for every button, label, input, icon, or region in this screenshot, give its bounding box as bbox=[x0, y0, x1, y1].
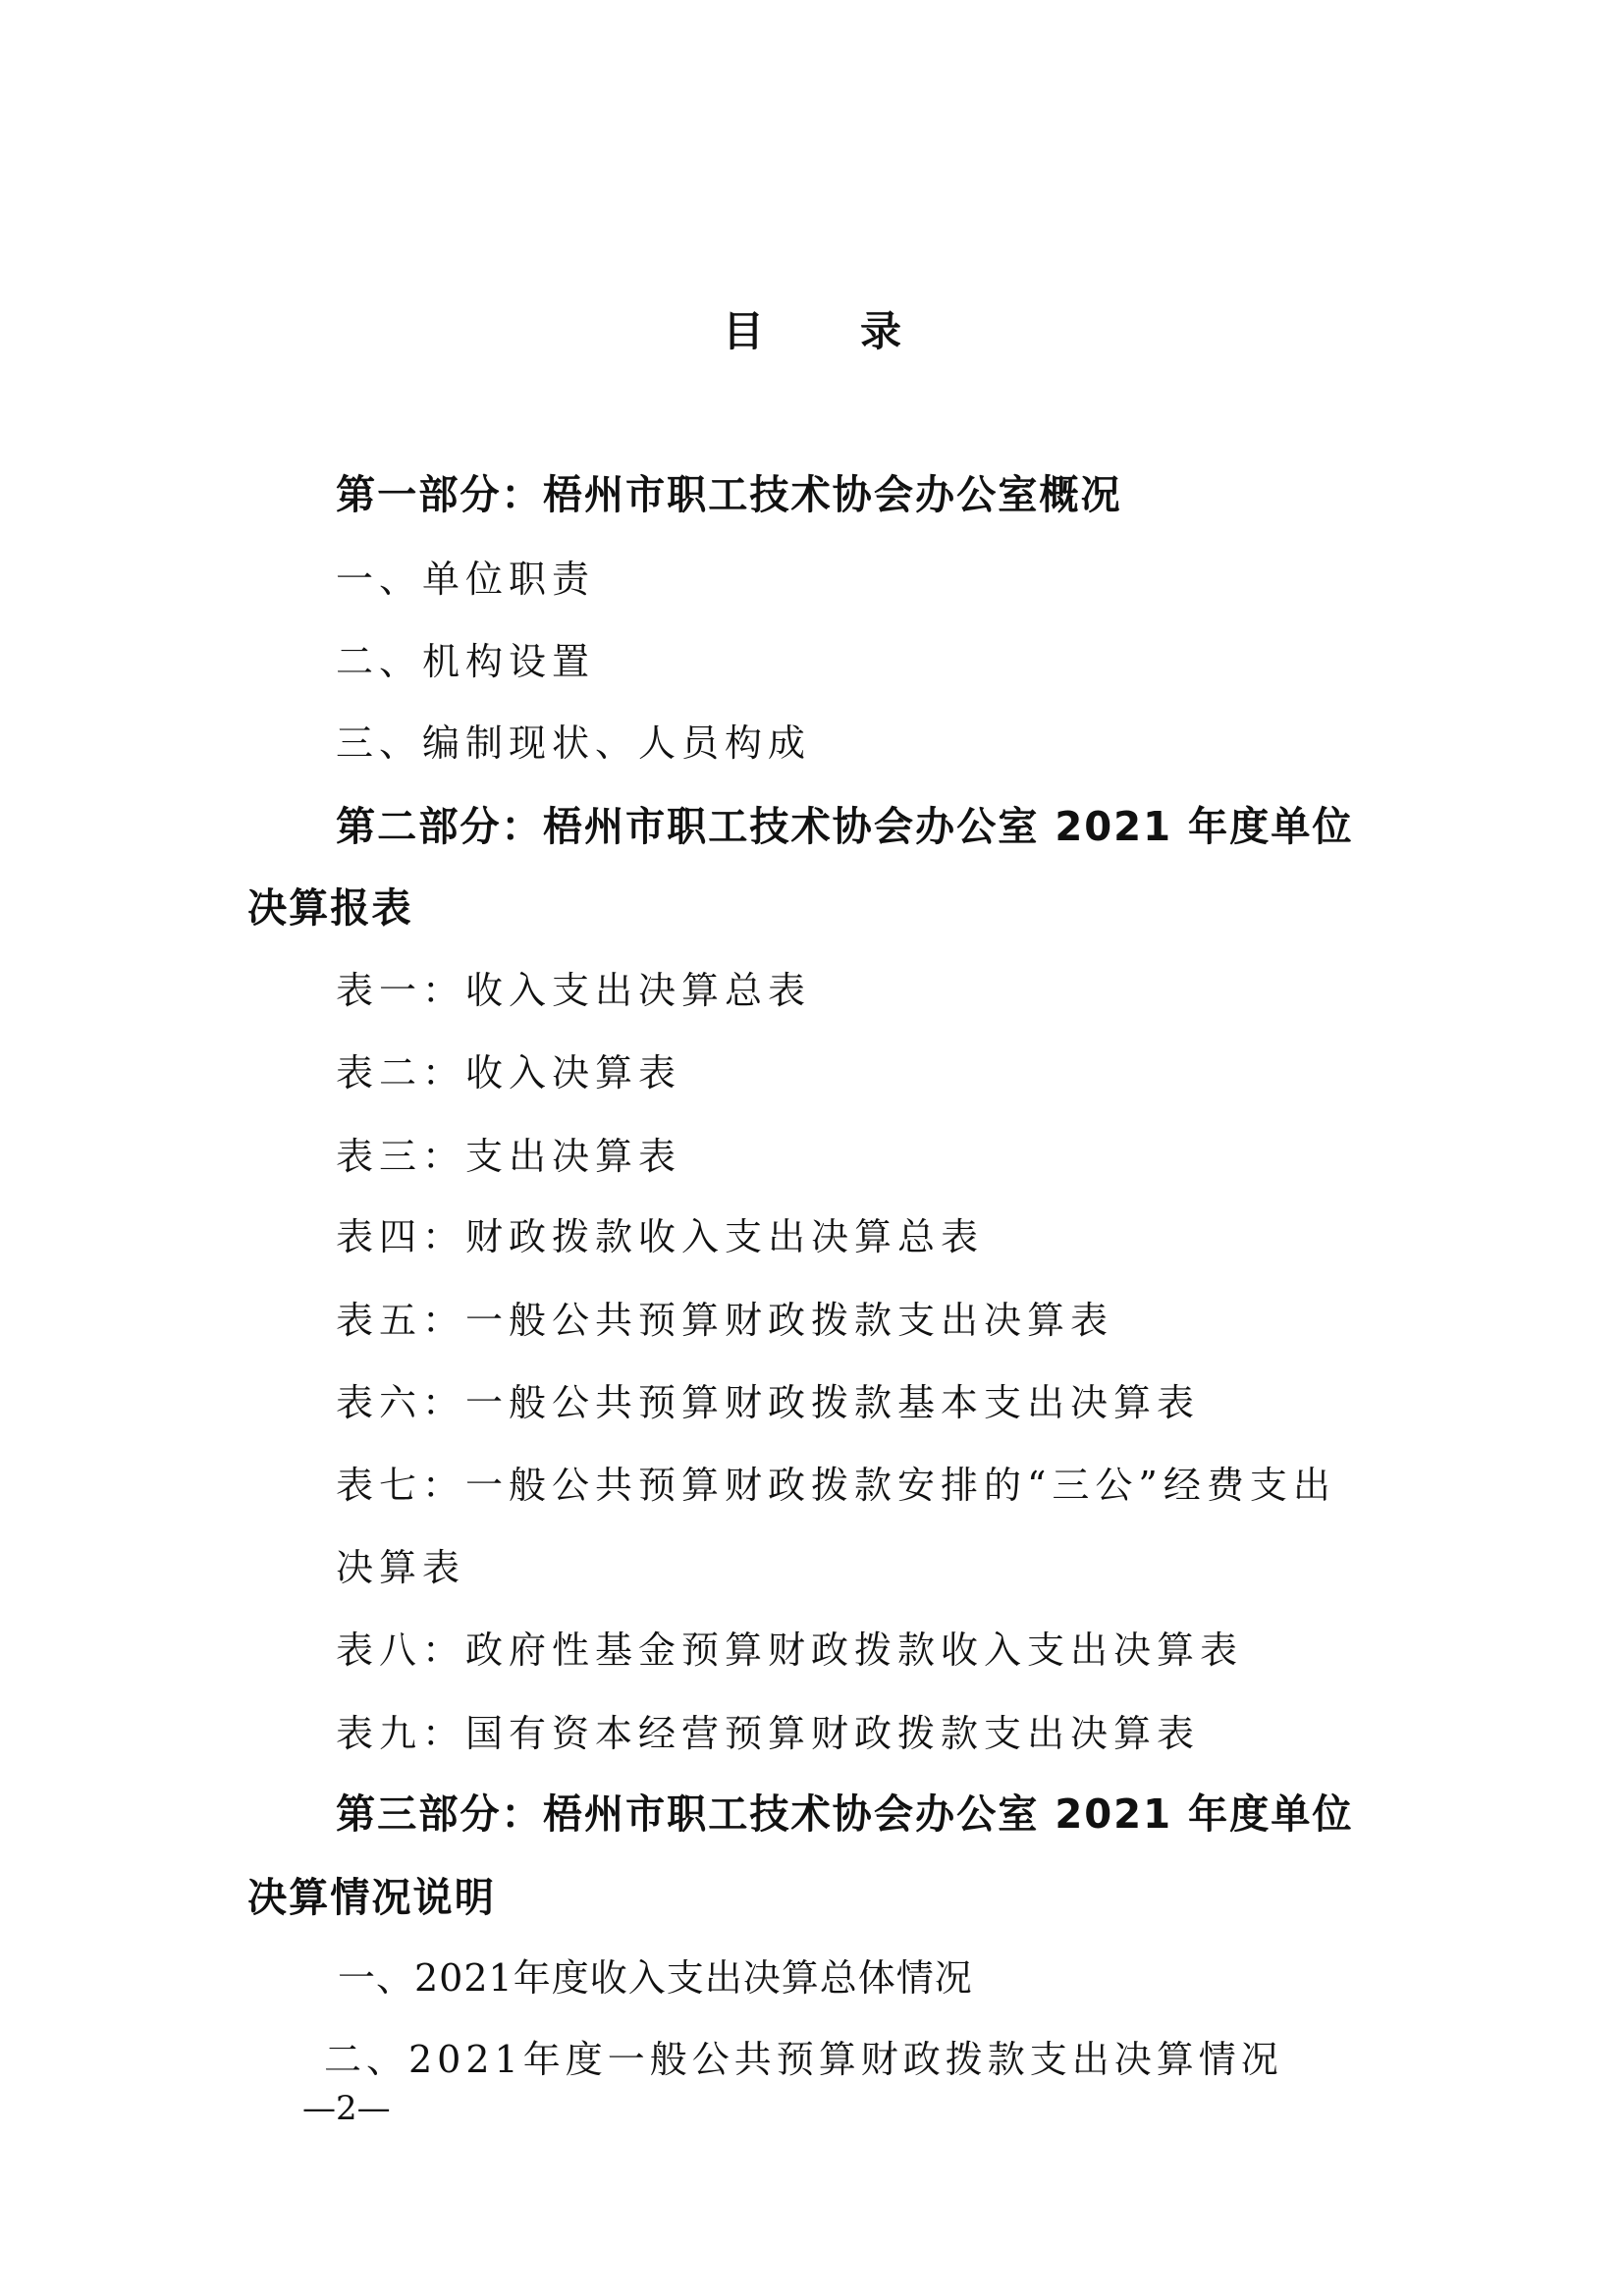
toc-title-char-2: 录 bbox=[860, 302, 901, 361]
toc-item: 表一：收入支出决算总表 bbox=[336, 949, 811, 1032]
toc-item: 表八：政府性基金预算财政拨款收入支出决算表 bbox=[336, 1609, 1243, 1691]
toc-item: 三、编制现状、人员构成 bbox=[336, 702, 811, 784]
toc-item: 二、机构设置 bbox=[336, 620, 595, 703]
toc-item: 一、2021年度收入支出决算总体情况 bbox=[338, 1937, 973, 2019]
toc-item: 表九：国有资本经营预算财政拨款支出决算表 bbox=[336, 1692, 1200, 1775]
toc-item-cont: 决算表 bbox=[336, 1526, 465, 1609]
section-3-heading-cont: 决算情况说明 bbox=[247, 1856, 496, 1939]
toc-item: 一、单位职责 bbox=[336, 538, 595, 620]
toc-item: 表六：一般公共预算财政拨款基本支出决算表 bbox=[336, 1362, 1200, 1444]
section-2-heading: 第二部分：梧州市职工技术协会办公室 2021 年度单位 bbox=[336, 785, 1354, 868]
toc-item: 表五：一般公共预算财政拨款支出决算表 bbox=[336, 1279, 1113, 1362]
toc-item: 表七：一般公共预算财政拨款安排的“三公”经费支出 bbox=[336, 1444, 1336, 1526]
toc-item: 表四：财政拨款收入支出决算总表 bbox=[336, 1196, 984, 1278]
section-1-heading: 第一部分：梧州市职工技术协会办公室概况 bbox=[336, 454, 1122, 536]
toc-item: 表三：支出决算表 bbox=[336, 1115, 681, 1198]
section-3-heading: 第三部分：梧州市职工技术协会办公室 2021 年度单位 bbox=[336, 1773, 1354, 1855]
page-number: —2— bbox=[302, 2087, 391, 2130]
toc-title: 目录 bbox=[0, 302, 1624, 361]
toc-item: 表二：收入决算表 bbox=[336, 1032, 681, 1114]
toc-item: 二、2021年度一般公共预算财政拨款支出决算情况 bbox=[324, 2018, 1283, 2101]
document-page: 目录 第一部分：梧州市职工技术协会办公室概况 一、单位职责 二、机构设置 三、编… bbox=[0, 0, 1624, 2296]
toc-title-char-1: 目 bbox=[723, 302, 764, 361]
section-2-heading-cont: 决算报表 bbox=[247, 867, 413, 949]
